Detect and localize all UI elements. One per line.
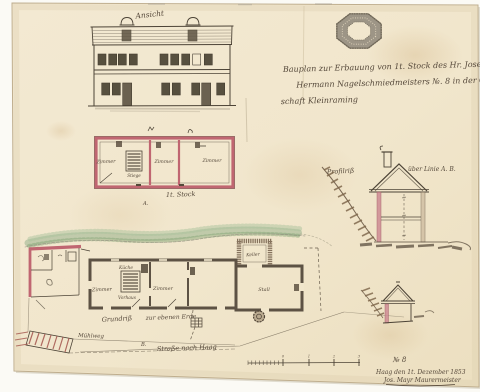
stove-mark xyxy=(141,264,148,273)
tree-mark xyxy=(254,311,265,322)
section-marker-b: B. xyxy=(140,342,147,348)
scanned-building-plan: Ansicht xyxy=(0,0,480,392)
room-label: Zimmer xyxy=(201,158,222,164)
wall-left-pink xyxy=(377,192,381,242)
stain xyxy=(352,311,428,359)
scale-tick-label: 2 xyxy=(332,354,336,359)
section-label-right: über Linie A. B. xyxy=(408,166,456,173)
paper-sheet xyxy=(0,0,480,392)
chimney xyxy=(384,152,391,167)
entrance-door xyxy=(123,83,132,106)
section-marker-a: A. xyxy=(142,201,149,207)
stain xyxy=(46,121,76,141)
date-line: Haag den 1t. Dezember 1853 xyxy=(375,369,466,376)
room-label: Stall xyxy=(258,287,270,293)
room-label: Zimmer xyxy=(91,287,113,294)
entrance-door xyxy=(202,83,211,106)
plan-number: № 8 xyxy=(392,356,407,364)
first-floor-caption: 1t. Stock xyxy=(166,190,196,199)
plan-canvas: Ansicht xyxy=(0,0,480,392)
ground-plan-caption-1: Grundriß xyxy=(102,314,133,324)
scale-tick-label: 1 xyxy=(308,354,310,359)
signature-line: Jos. Mayr Maurermeister xyxy=(382,377,462,384)
path-label: Mühlweg xyxy=(77,333,105,340)
hall-label: Vorhaus xyxy=(118,296,137,301)
wall-right xyxy=(421,192,425,242)
stove-mark xyxy=(44,254,49,260)
room-label: Zimmer xyxy=(95,159,116,166)
stair-label: Stiege xyxy=(127,173,141,178)
room-label: Zimmer xyxy=(153,159,174,165)
stove-mark xyxy=(294,284,299,291)
wall-left-pink xyxy=(385,304,389,323)
room-label: Zimmer xyxy=(152,286,174,292)
cellar-label: Keller xyxy=(245,252,261,259)
stove-mark xyxy=(190,267,195,275)
room-label: Küche xyxy=(118,266,133,271)
